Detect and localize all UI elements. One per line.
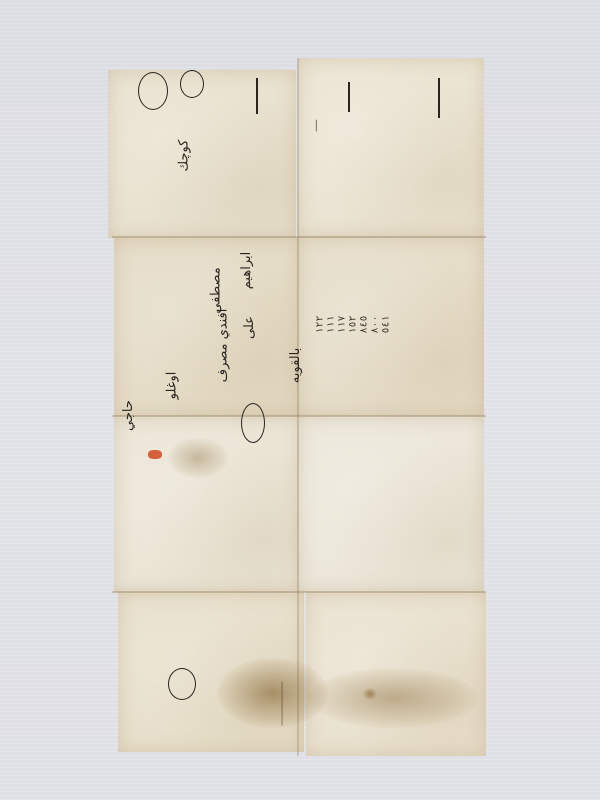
ink-blot <box>363 688 377 700</box>
seal-drawing <box>180 70 204 98</box>
handwritten-text: افندي مصرف <box>215 309 230 383</box>
handwritten-name: على <box>242 316 257 339</box>
panel-upper-mid-left <box>114 238 300 416</box>
seal-drawing <box>138 72 168 110</box>
vertical-fold <box>297 58 299 756</box>
circled-note <box>241 403 265 443</box>
water-stain <box>308 668 478 728</box>
handwritten-text: اوغلو <box>164 372 179 400</box>
horizontal-fold-3 <box>112 591 486 593</box>
red-seal-mark <box>148 450 162 459</box>
panel-top-right <box>298 58 484 236</box>
panel-top-left <box>108 70 296 238</box>
horizontal-fold-2 <box>112 415 486 417</box>
handwritten-text: كوچك <box>176 140 191 172</box>
handwritten-text: حاجي <box>121 400 136 431</box>
handwritten-name: مصطفى <box>209 267 224 313</box>
handwritten-line: ـــ <box>306 120 321 131</box>
ruled-mark <box>438 78 440 118</box>
ruled-mark <box>348 82 350 112</box>
handwritten-text: بالقويه <box>288 348 303 383</box>
panel-lower-mid-right <box>298 416 484 592</box>
numeric-column: ١٢٢ ١١١ ١١٧ ١٥٢ ٨٤٥ ٨٠٠ ٥٤١ <box>315 315 392 333</box>
faded-handwriting: ـــــــــــــــ <box>274 682 285 726</box>
manuscript-sheet: ابراهيم مصطفى افندي مصرف اوغلو على حاجي … <box>108 58 486 756</box>
horizontal-fold-1 <box>112 236 486 238</box>
handwritten-name: ابراهيم <box>239 252 254 289</box>
ruled-mark <box>256 78 258 114</box>
water-stain <box>168 438 228 478</box>
circled-note <box>168 668 196 700</box>
